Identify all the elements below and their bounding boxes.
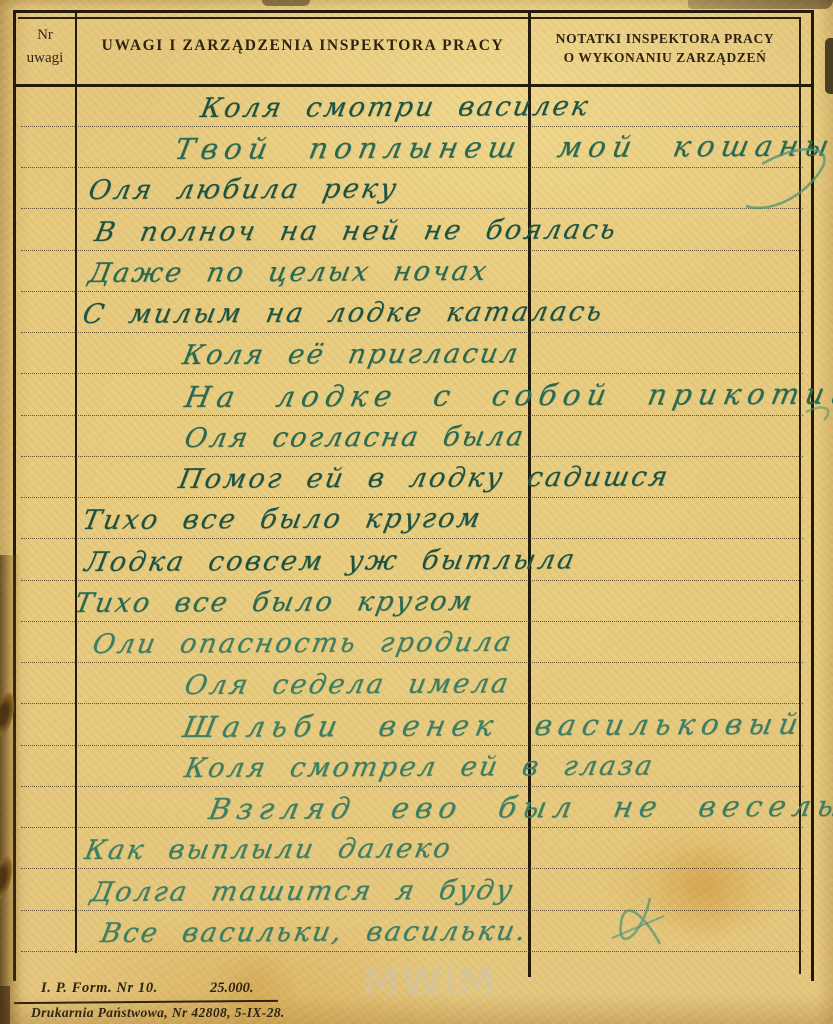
handwritten-line: Даже по целых ночах [86, 256, 491, 289]
handwritten-line: Долга ташится я буду [88, 875, 517, 908]
ruled-dotted-line [21, 250, 803, 251]
handwritten-line: Коля её пригласил [180, 338, 523, 371]
column-divider-left [75, 11, 77, 953]
print-run-imprint: 25.000. [210, 980, 254, 997]
header-col-uwagi-title: UWAGI I ZARZĄDZENIA INSPEKTORA PRACY [80, 37, 526, 55]
ruled-dotted-line [21, 167, 803, 168]
ruled-dotted-line [21, 126, 803, 127]
handwritten-line: Оля седела имела [182, 668, 513, 701]
scanned-inspector-form-page: Nr uwagi UWAGI I ZARZĄDZENIA INSPEKTORA … [0, 0, 833, 1024]
ruled-dotted-line [21, 415, 803, 416]
handwritten-line: На лодке с собой прикотишся [182, 376, 833, 414]
ruled-dotted-line [21, 497, 803, 498]
handwritten-line: Лодка совсем уж бытлыла [82, 544, 579, 578]
mwim-watermark: MWiM [362, 960, 497, 1004]
ruled-dotted-line [21, 291, 803, 292]
handwritten-line: Тихо все было кругом [80, 503, 485, 536]
handwritten-line: Как выплыли далеко [82, 833, 455, 866]
scan-edge-smudge [688, 0, 833, 9]
handwritten-line: Оля любила реку [86, 173, 401, 206]
printer-imprint: Drukarnia Państwowa, Nr 42808, 5-IX-28. [31, 1005, 285, 1021]
header-bottom-rule [13, 84, 811, 87]
ruled-dotted-line [21, 703, 803, 704]
form-inner-top-rule [18, 17, 801, 19]
ruled-dotted-line [21, 373, 803, 374]
handwritten-line: Все васильки, васильки. [98, 916, 531, 949]
handwritten-line: С милым на лодке каталась [80, 296, 607, 330]
handwritten-line: Коля смотрел ей в глаза [182, 751, 657, 784]
ruled-dotted-line [21, 868, 803, 869]
header-col1-line2: uwagi [16, 47, 74, 70]
ruled-dotted-line [21, 662, 803, 663]
ruled-dotted-line [21, 208, 803, 209]
scan-edge-smudge [825, 38, 833, 94]
handwritten-line: Коля смотри василек [198, 91, 593, 124]
scan-edge-smudge [0, 986, 10, 1024]
header-col1-line1: Nr [16, 24, 74, 47]
handwritten-line: В полноч на ней не боялась [92, 214, 620, 248]
scan-edge-smudge [262, 0, 310, 6]
header-col-nr-uwagi: Nr uwagi [16, 24, 74, 70]
ruled-dotted-line [21, 332, 803, 333]
ruled-dotted-line [21, 538, 803, 539]
ruled-dotted-line [21, 580, 803, 581]
header-col3-line2: O WYKONANIU ZARZĄDZEŃ [532, 48, 798, 67]
header-col3-line1: NOTATKI INSPEKTORA PRACY [532, 29, 798, 48]
ruled-dotted-line [21, 827, 803, 828]
ruled-dotted-line [21, 951, 803, 952]
handwritten-line: Оля согласна была [182, 421, 528, 454]
ruled-dotted-line [21, 456, 803, 457]
ruled-dotted-line [21, 621, 803, 622]
form-number-imprint: I. P. Form. Nr 10. [41, 980, 158, 997]
torn-binding-edge [0, 555, 24, 1024]
handwritten-line: Оли опасность гродила [90, 627, 516, 660]
handwritten-line: Твой поплынеш мой кошаный [172, 128, 833, 166]
ruled-dotted-line [21, 786, 803, 787]
handwritten-line: Взгляд ево был не веселый [206, 789, 833, 826]
handwritten-line: Шальби венек васильковый [180, 707, 807, 744]
header-col-notatki-title: NOTATKI INSPEKTORA PRACY O WYKONANIU ZAR… [532, 29, 798, 67]
handwritten-line: Тихо все было кругом [72, 586, 477, 619]
handwritten-line: Помог ей в лодку садишся [176, 461, 672, 495]
ruled-dotted-line [21, 910, 803, 911]
ruled-dotted-line [21, 745, 803, 746]
